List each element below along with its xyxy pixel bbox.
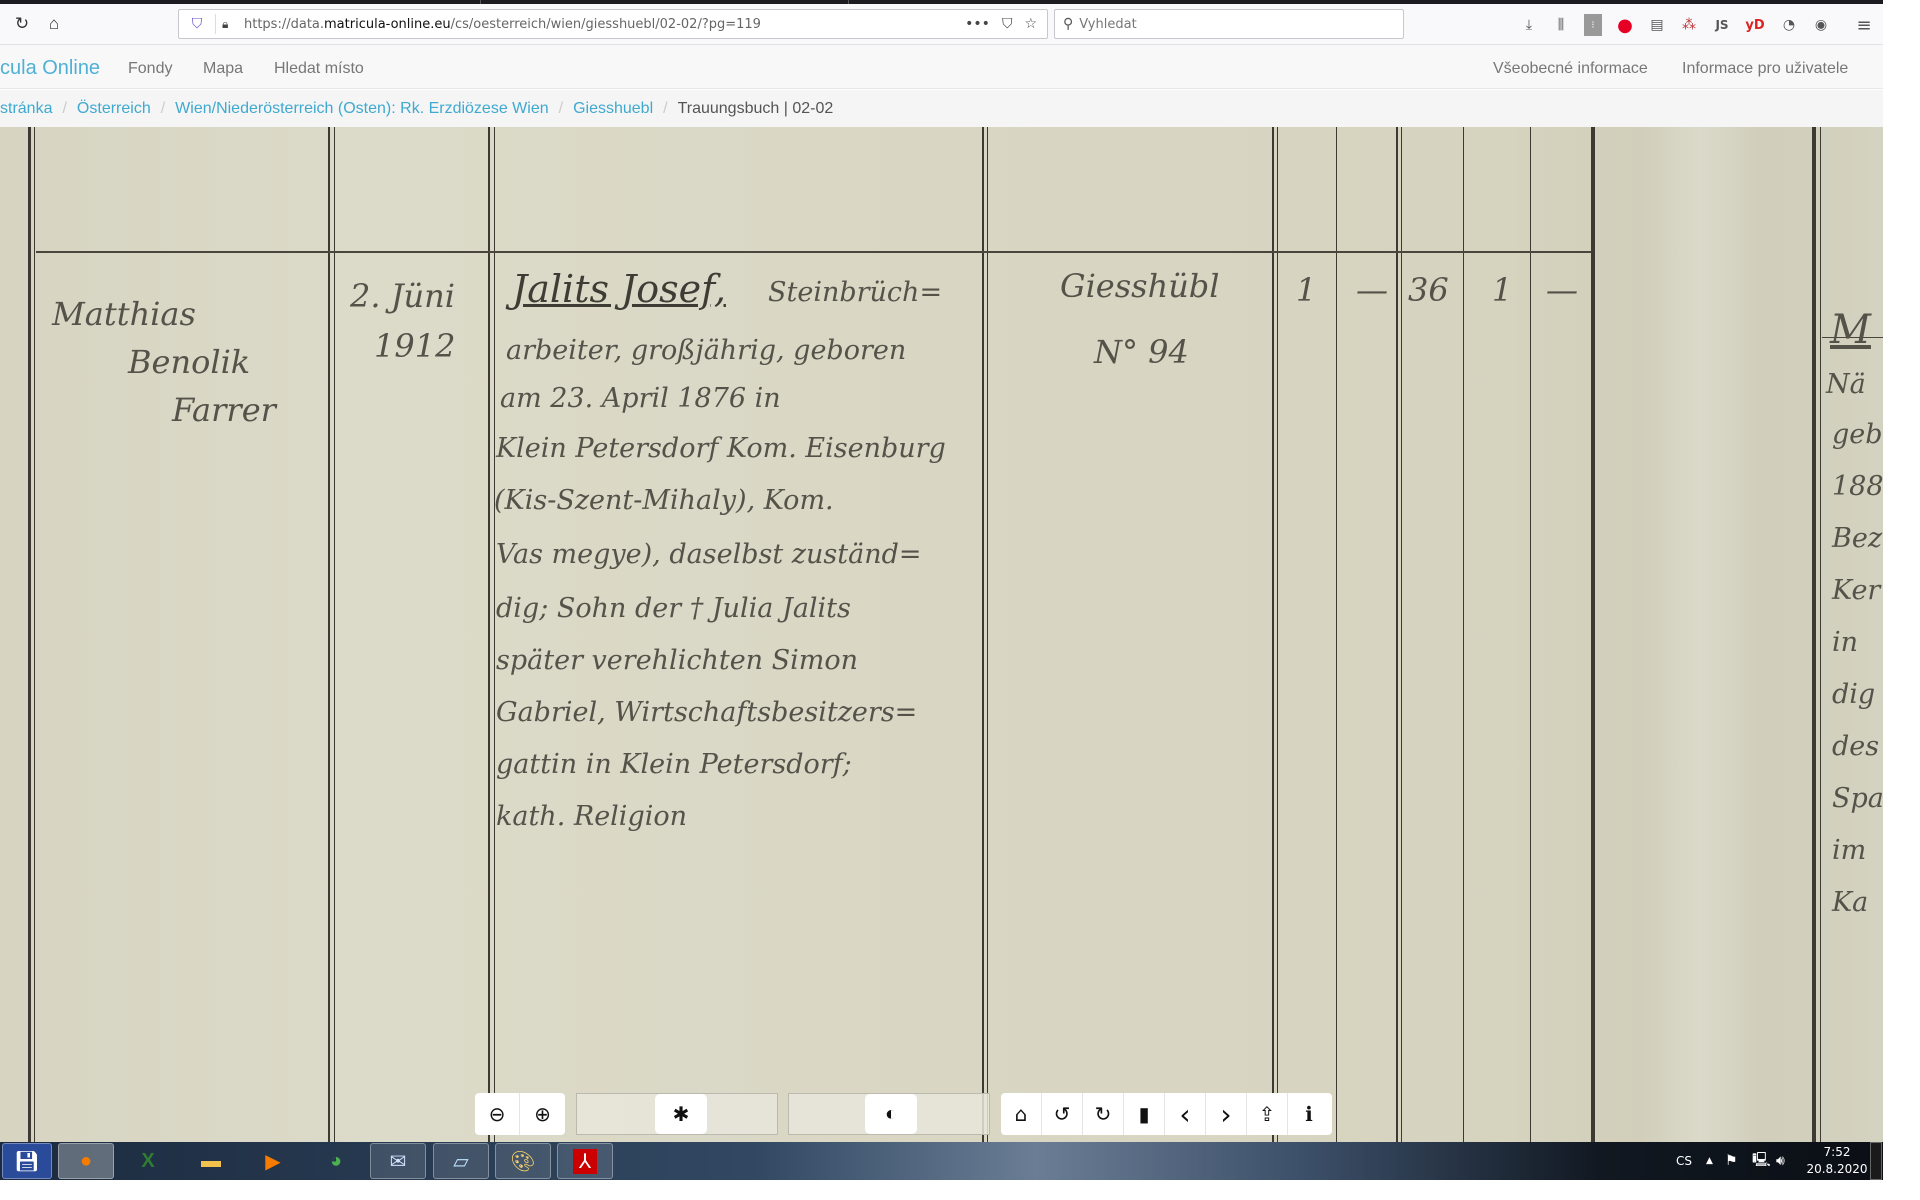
breadcrumb: stránka / Österreich / Wien/Niederösterr… [0, 90, 1883, 127]
breadcrumb-diocese[interactable]: Wien/Niederösterreich (Osten): Rk. Erzdi… [175, 100, 548, 118]
tracking-shield-icon[interactable]: ⛉ [185, 16, 209, 32]
volume-icon[interactable]: 🔊︎ [1776, 1142, 1785, 1180]
contrast-knob[interactable]: ◐ [865, 1094, 917, 1134]
book-button[interactable]: ▮ [1124, 1093, 1165, 1135]
play-icon: ▶ [265, 1149, 280, 1174]
column-rule [1463, 127, 1464, 1142]
brightness-icon: ✱ [673, 1102, 690, 1127]
yd-extension-icon[interactable]: yD [1743, 14, 1767, 36]
breadcrumb-parish[interactable]: Giesshuebl [573, 100, 653, 118]
row-rule [36, 251, 1591, 253]
taskbar-acrobat[interactable]: ⅄ [557, 1143, 613, 1179]
column-rule [1591, 127, 1595, 1142]
floppy-start-icon: 💾︎ [14, 1149, 39, 1174]
bride-line: Ker [1832, 575, 1880, 606]
column-rule [488, 127, 490, 1142]
js-extension-icon[interactable]: JS [1710, 14, 1734, 36]
groom-line: kath. Religion [496, 801, 687, 832]
number-cell: — [1356, 271, 1388, 309]
bride-line: Ka [1832, 887, 1868, 918]
home-icon: ⌂ [1015, 1102, 1028, 1126]
nav-link-mapa[interactable]: Mapa [203, 60, 243, 78]
bookmark-star-icon[interactable]: ☆ [1024, 16, 1037, 32]
share-icon: ⇪ [1259, 1102, 1276, 1126]
url-bar[interactable]: ⛉ 🔒︎ https://data.matricula-online.eu/cs… [178, 9, 1048, 39]
contrast-slider[interactable]: ◐ [788, 1093, 990, 1135]
breadcrumb-separator: / [559, 100, 563, 118]
groom-line: gattin in Klein Petersdorf; [496, 749, 852, 780]
nav-link-hledat-misto[interactable]: Hledat místo [274, 60, 364, 78]
action-center-flag-icon[interactable]: ⚑ [1725, 1142, 1738, 1180]
column-rule [1336, 127, 1337, 1142]
site-navbar: cula Online Fondy Mapa Hledat místo Všeo… [0, 45, 1883, 89]
column-rule [987, 127, 988, 1142]
bride-line: Nä [1826, 369, 1866, 400]
lock-icon[interactable]: 🔒︎ [222, 17, 238, 32]
officiant-line: Farrer [172, 391, 276, 429]
nav-link-general-info[interactable]: Všeobecné informace [1493, 60, 1648, 78]
number-cell: 1 [1492, 271, 1512, 309]
zoom-out-icon: ⊖ [489, 1102, 506, 1126]
search-bar[interactable]: ⚲ Vyhledat [1054, 9, 1404, 39]
bride-line: des [1832, 731, 1879, 762]
page-actions-icon[interactable]: ••• [965, 16, 990, 32]
language-indicator[interactable]: CS [1676, 1142, 1692, 1180]
clock[interactable]: 7:52 20.8.2020 [1805, 1144, 1869, 1178]
share-button[interactable]: ⇪ [1247, 1093, 1288, 1135]
divider [215, 14, 216, 34]
taskbar-excel[interactable]: X [120, 1143, 176, 1179]
groom-name: Jalits Josef, [512, 267, 726, 311]
groom-line: (Kis-Szent-Mihaly), Kom. [494, 485, 834, 516]
excel-icon: X [141, 1150, 154, 1173]
reload-icon[interactable]: ↻ [10, 12, 34, 36]
breadcrumb-separator: / [161, 100, 165, 118]
sync-icon[interactable]: ◔ [1778, 14, 1800, 36]
taskbar-notepad[interactable]: ▱ [433, 1143, 489, 1179]
column-rule [1396, 127, 1398, 1142]
bride-line: Bez [1832, 523, 1882, 554]
pinterest-icon[interactable]: ● [1614, 14, 1636, 36]
column-rule [1401, 127, 1402, 1142]
mail-icon: ✉ [390, 1149, 407, 1174]
taskbar: 💾︎ ● X ▬ ▶ ◕ ✉ ▱ 🎨︎ ⅄ CS ▲ ⚑ 🖳︎ 🔊︎ 7:52 … [0, 1142, 1883, 1180]
column-rule [34, 127, 35, 1142]
start-button[interactable]: 💾︎ [2, 1143, 52, 1179]
breadcrumb-current: Trauungsbuch | 02-02 [678, 100, 834, 118]
document-viewer[interactable]: Matthias Benolik Farrer 2. Jüni 1912 Jal… [0, 127, 1883, 1142]
bride-line: geb [1832, 419, 1883, 450]
show-desktop-button[interactable] [1870, 1142, 1882, 1180]
zoom-in-button[interactable]: ⊕ [520, 1093, 565, 1135]
page-fold-shade [1640, 127, 1760, 1142]
info-icon: ℹ [1305, 1102, 1313, 1126]
column-rule [1277, 127, 1278, 1142]
taskbar-media-player[interactable]: ▶ [245, 1143, 301, 1179]
network-icon[interactable]: 🖳︎ [1752, 1142, 1771, 1180]
groom-line: Gabriel, Wirtschaftsbesitzers= [496, 697, 917, 728]
column-rule [28, 127, 31, 1142]
column-rule [494, 127, 495, 1142]
bride-line: in [1832, 627, 1858, 658]
bride-line: 188 [1832, 471, 1883, 502]
book-icon: ▮ [1138, 1102, 1149, 1126]
number-cell: 36 [1408, 271, 1449, 309]
groom-line: arbeiter, großjährig, geboren [506, 335, 906, 366]
groom-line: Vas megye), daselbst zuständ= [496, 539, 922, 570]
date-line: 1912 [374, 327, 455, 365]
column-rule [328, 127, 330, 1142]
taskbar-explorer[interactable]: ▬ [183, 1143, 239, 1179]
column-rule [1820, 127, 1821, 1142]
breadcrumb-country[interactable]: Österreich [77, 100, 151, 118]
next-page-button[interactable]: › [1206, 1093, 1247, 1135]
column-rule [1530, 127, 1531, 1142]
nav-link-user-info[interactable]: Informace pro uživatele [1682, 60, 1848, 78]
breadcrumb-separator: / [663, 100, 667, 118]
home-button[interactable]: ⌂ [1001, 1093, 1042, 1135]
menu-icon[interactable]: ≡ [1852, 14, 1876, 36]
number-cell: 1 [1296, 271, 1316, 309]
clock-time: 7:52 [1805, 1144, 1869, 1161]
taskbar-firefox[interactable]: ● [58, 1143, 114, 1179]
taskbar-chrome[interactable]: ◕ [308, 1143, 364, 1179]
library-icon[interactable]: ⫼ [1550, 14, 1572, 36]
number-cell: — [1546, 271, 1578, 309]
url-text[interactable]: https://data.matricula-online.eu/cs/oest… [244, 17, 761, 32]
column-rule [1812, 127, 1816, 1142]
groom-line: später verehlichten Simon [496, 645, 858, 676]
taskbar-thunderbird[interactable]: ✉ [370, 1143, 426, 1179]
zip-extension-icon[interactable]: ⁝ [1584, 14, 1602, 36]
rotate-right-icon: ↻ [1095, 1102, 1112, 1126]
residence-line: N° 94 [1094, 333, 1189, 371]
pocket-icon[interactable]: ⛉ [1002, 16, 1013, 32]
browser-toolbar: ↻ ⌂ ⛉ 🔒︎ https://data.matricula-online.e… [0, 4, 1883, 45]
account-icon[interactable]: ◉ [1810, 14, 1832, 36]
bride-line: M [1830, 307, 1871, 353]
tray-expand-icon[interactable]: ▲ [1706, 1142, 1713, 1180]
taskbar-paint[interactable]: 🎨︎ [495, 1143, 551, 1179]
download-icon[interactable]: ⤓ [1518, 14, 1540, 36]
screen: ↻ ⌂ ⛉ 🔒︎ https://data.matricula-online.e… [0, 0, 1920, 1200]
rotate-left-button[interactable]: ↺ [1042, 1093, 1083, 1135]
column-rule [334, 127, 335, 1142]
rotate-right-button[interactable]: ↻ [1083, 1093, 1124, 1135]
search-icon: ⚲ [1063, 16, 1073, 32]
molecules-extension-icon[interactable]: ⁂ [1678, 14, 1700, 36]
brightness-knob[interactable]: ✱ [655, 1094, 707, 1134]
nav-link-fondy[interactable]: Fondy [128, 60, 172, 78]
firefox-icon: ● [80, 1150, 92, 1173]
acrobat-icon: ⅄ [573, 1149, 597, 1174]
officiant-line: Benolik [128, 343, 250, 381]
contrast-icon: ◐ [885, 1103, 897, 1126]
brightness-slider[interactable]: ✱ [576, 1093, 778, 1135]
bride-line: dig [1832, 679, 1875, 710]
bride-line: im [1832, 835, 1866, 866]
info-button[interactable]: ℹ [1288, 1093, 1330, 1135]
column-rule [1272, 127, 1274, 1142]
groom-line: am 23. April 1876 in [500, 383, 781, 414]
groom-line: Klein Petersdorf Kom. Eisenburg [496, 433, 946, 464]
chevron-left-icon: ‹ [1179, 1098, 1190, 1131]
officiant-line: Matthias [52, 295, 196, 333]
bride-line: Spa [1832, 783, 1883, 814]
date-line: 2. Jüni [350, 277, 455, 315]
zoom-controls: ⊖ ⊕ [475, 1093, 565, 1135]
groom-line: dig; Sohn der † Julia Jalits [496, 593, 851, 624]
column-rule [982, 127, 984, 1142]
clock-date: 20.8.2020 [1805, 1161, 1869, 1178]
folder-icon: ▬ [201, 1150, 221, 1173]
search-placeholder: Vyhledat [1079, 17, 1136, 32]
chrome-icon: ◕ [330, 1150, 342, 1173]
breadcrumb-home[interactable]: stránka [0, 100, 52, 118]
breadcrumb-separator: / [62, 100, 66, 118]
zoom-out-button[interactable]: ⊖ [475, 1093, 520, 1135]
rotate-left-icon: ↺ [1054, 1102, 1071, 1126]
notepad-icon: ▱ [453, 1149, 468, 1174]
previous-page-button[interactable]: ‹ [1165, 1093, 1206, 1135]
reader-view-icon[interactable]: ▤ [1646, 14, 1668, 36]
navigation-controls: ⌂ ↺ ↻ ▮ ‹ › ⇪ ℹ [1001, 1093, 1332, 1135]
brand-logo[interactable]: cula Online [0, 57, 100, 80]
zoom-in-icon: ⊕ [534, 1102, 551, 1126]
palette-icon: 🎨︎ [510, 1149, 535, 1174]
chevron-right-icon: › [1220, 1098, 1231, 1131]
residence-line: Giesshübl [1060, 267, 1220, 305]
groom-line: Steinbrüch= [768, 277, 942, 308]
home-icon[interactable]: ⌂ [42, 12, 66, 36]
